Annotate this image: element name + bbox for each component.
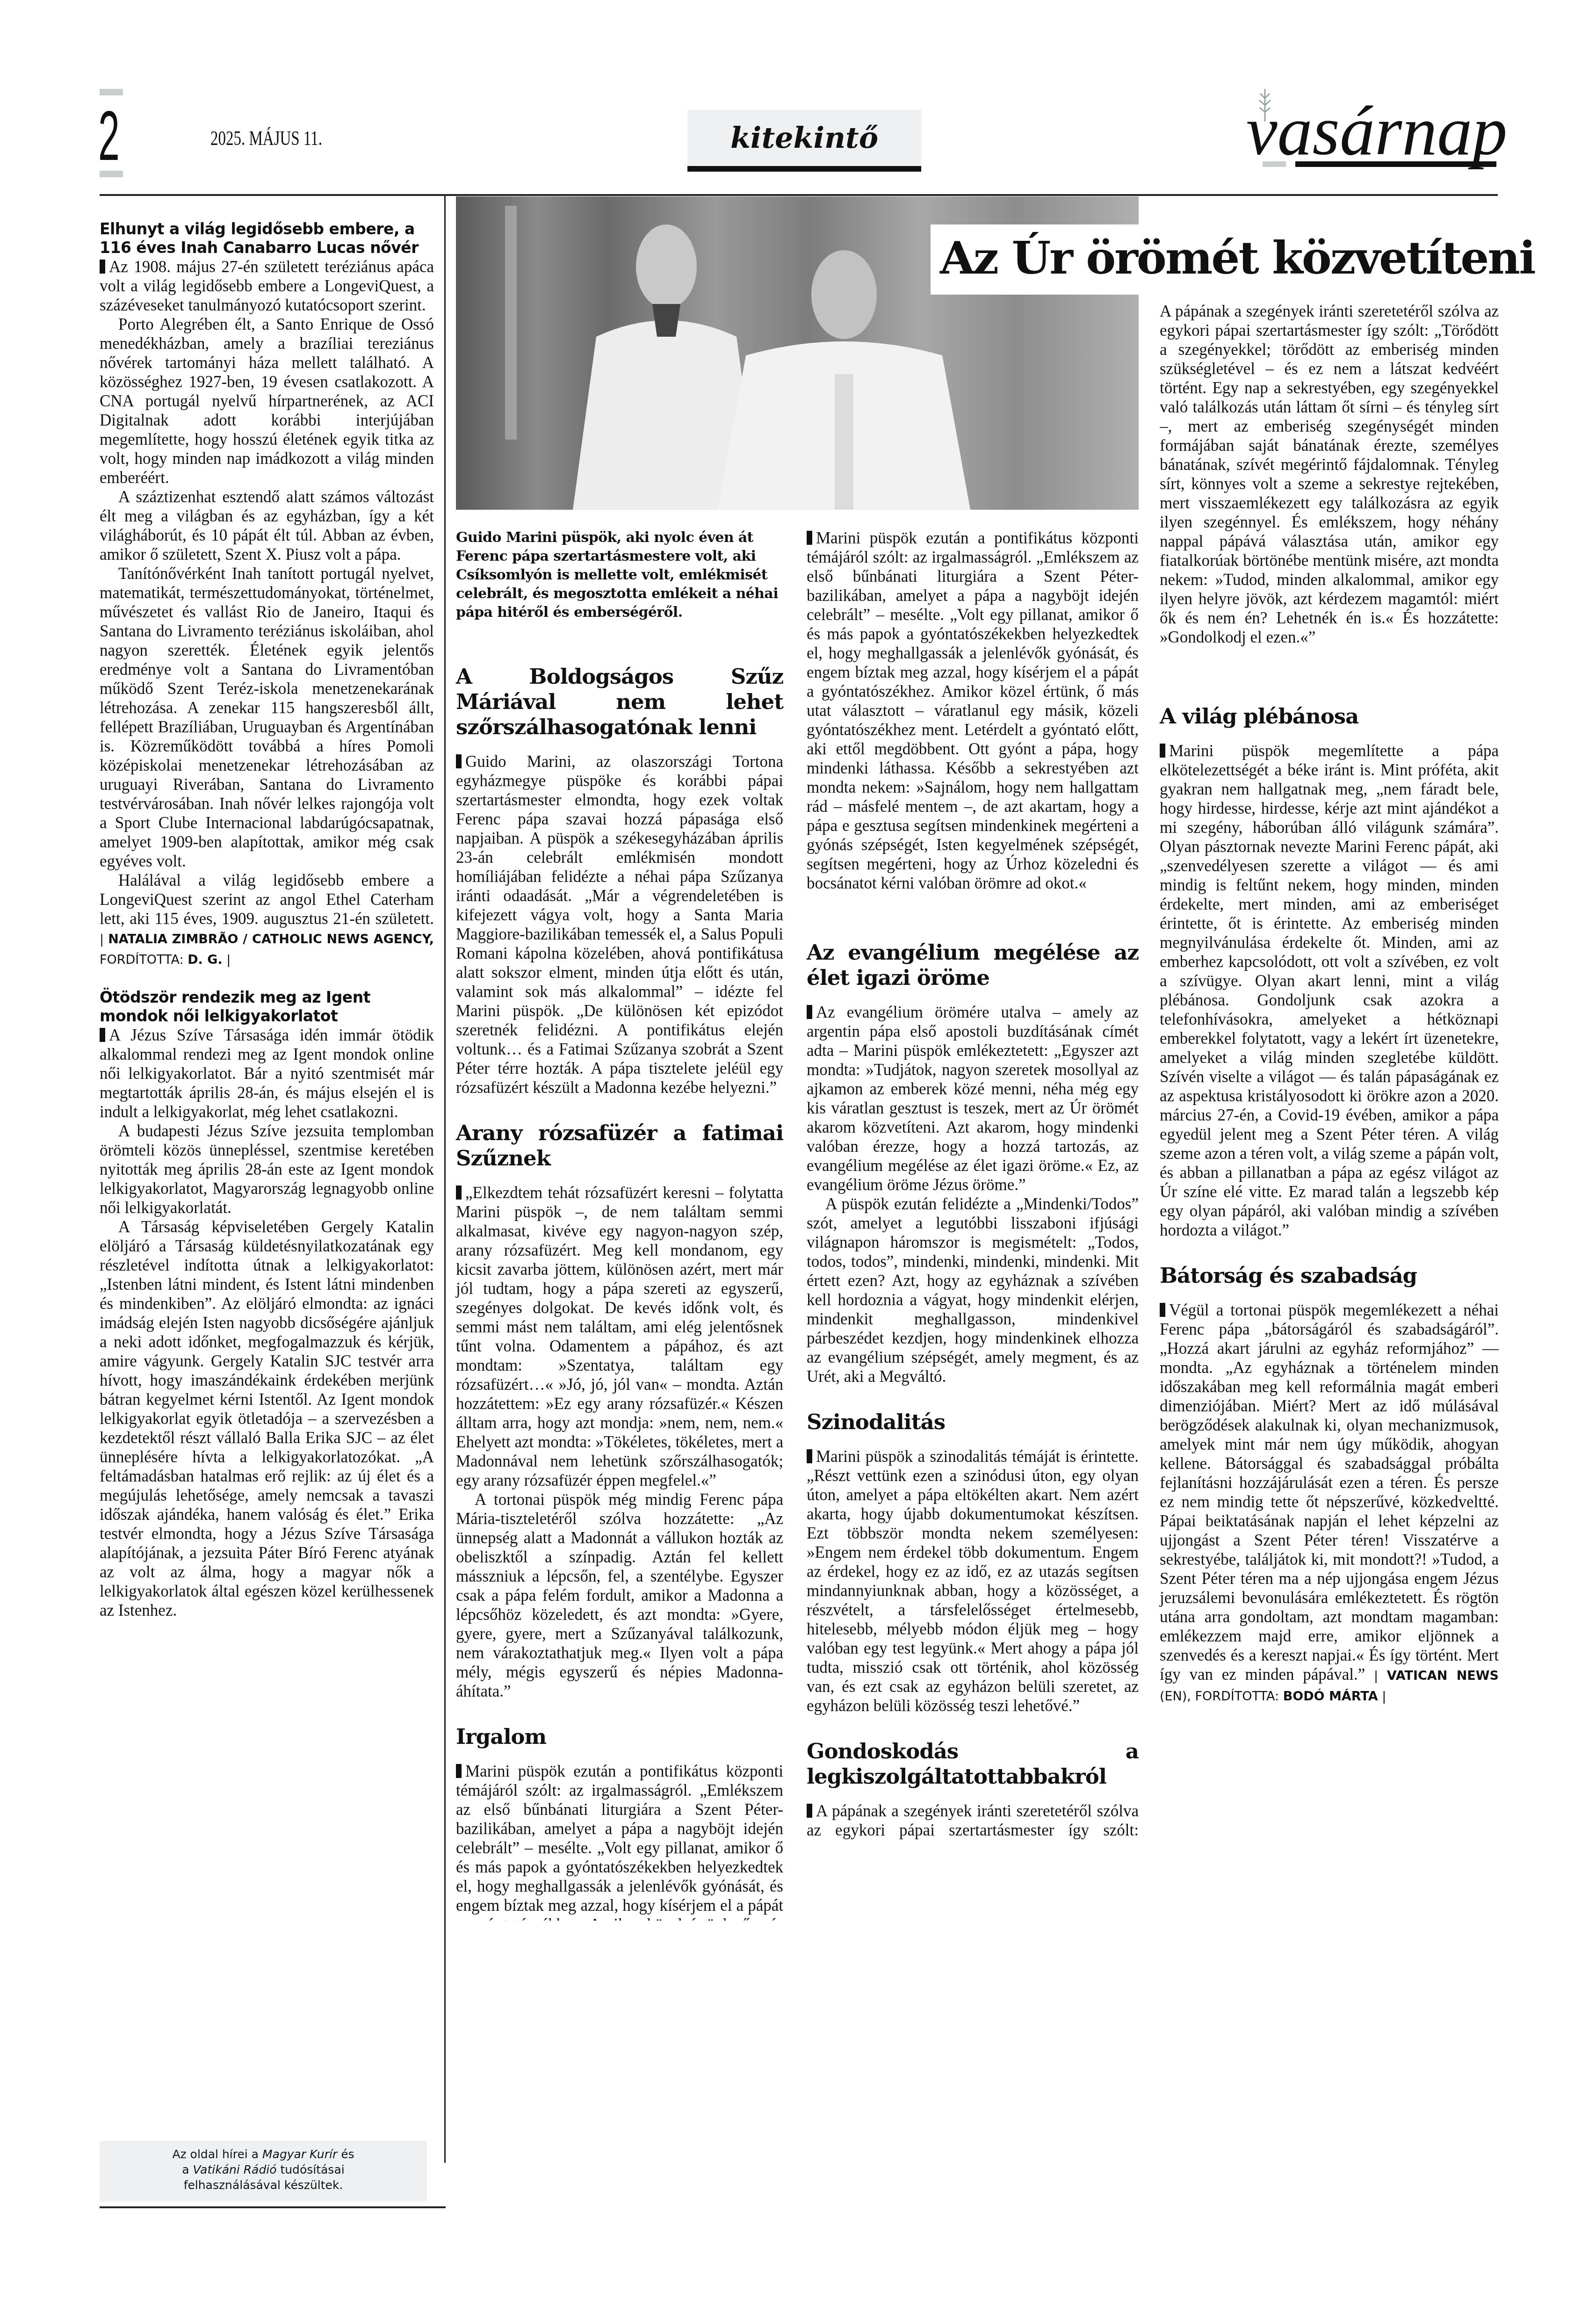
section-heading: Bátorság és szabadság: [1160, 1263, 1499, 1288]
article-paragraph: Guido Marini, az olaszországi Tortona eg…: [456, 752, 783, 1097]
sidebar-bottom-rule: [100, 2206, 446, 2208]
section-heading: A világ plébánosa: [1160, 704, 1499, 729]
article-paragraph: A tortonai püspök még mindig Ferenc pápa…: [456, 1490, 783, 1701]
article-paragraph: Végül a tortonai püspök megemlékezett a …: [1160, 1301, 1499, 1706]
photo-caption: Guido Marini püspök, aki nyolc éven át F…: [456, 528, 783, 622]
gondoskodas-continued: A pápának a szegények iránti szeretetérő…: [1160, 302, 1499, 676]
page-number-bar-bottom: [100, 171, 123, 177]
section-heading: Az evangélium megélése az élet igazi örö…: [807, 940, 1139, 990]
article-paragraph: Marini püspök a szinodalitás témáját is …: [807, 1447, 1139, 1715]
news-1-paragraph: Tanítónővérként Inah tanított portugál n…: [100, 564, 434, 871]
article-paragraph: A pápának a szegények iránti szeretetérő…: [807, 1801, 1139, 1840]
logo-underline: [1295, 161, 1496, 167]
article-paragraph: Marini püspök megemlítette a pápa elköte…: [1160, 741, 1499, 1240]
section-label-text: kitekintő: [687, 110, 921, 166]
page-number: 2: [98, 101, 120, 171]
page-number-bar-top: [100, 89, 123, 95]
article-column-4: A pápának a szegények iránti szeretetérő…: [1160, 302, 1499, 1706]
newspaper-logo: vasárnap: [1246, 96, 1507, 166]
section-label: kitekintő: [687, 110, 921, 172]
news-1-last-text: Halálával a világ legidősebb embere a Lo…: [100, 871, 434, 928]
column-divider: [444, 194, 446, 2163]
article-paragraph: A püspök ezután felidézte a „Mindenki/To…: [807, 1194, 1139, 1386]
logo-bar-square: [1263, 161, 1286, 167]
news-1-paragraph: Halálával a világ legidősebb embere a Lo…: [100, 871, 434, 969]
article-paragraph: „Elkezdtem tehát rózsafüzért keresni – f…: [456, 1183, 783, 1490]
news-2-paragraph: A budapesti Jézus Szíve jezsuita templom…: [100, 1121, 434, 1217]
section-heading: Gondoskodás a legkiszolgáltatottabbakról: [807, 1739, 1139, 1789]
section-heading: Arany rózsafüzér a fatimai Szűznek: [456, 1120, 783, 1171]
article-title: Az Úr örömét közvetíteni: [940, 230, 1535, 286]
issue-date: 2025. MÁJUS 11.: [210, 126, 322, 150]
article-column-2: A Boldogságos Szűz Máriával nem lehet sz…: [456, 664, 783, 1921]
news-1-paragraph: Porto Alegrében élt, a Santo Enrique de …: [100, 315, 434, 487]
article-column-3: Marini püspök ezután a pontifikátus közp…: [807, 528, 1139, 1840]
section-heading: A Boldogságos Szűz Máriával nem lehet sz…: [456, 664, 783, 740]
section-heading: Szinodalitás: [807, 1409, 1139, 1435]
source-note-box: Az oldal hírei a Magyar Kurír és a Vatik…: [100, 2141, 427, 2202]
article-paragraph: Az evangélium örömére utalva – amely az …: [807, 1003, 1139, 1194]
news-1-paragraph: Az 1908. május 27-én született teréziánu…: [100, 257, 434, 315]
section-heading: Irgalom: [456, 1724, 783, 1749]
news-1-paragraph: A száztizenhat esztendő alatt számos vál…: [100, 487, 434, 564]
news-1-credit: | NATALIA ZIMBRÃO / CATHOLIC NEWS AGENCY…: [100, 932, 434, 967]
article-paragraph: Marini püspök ezután a pontifikátus közp…: [456, 1762, 783, 1921]
irgalom-continued: Marini püspök ezután a pontifikátus közp…: [807, 528, 1139, 912]
news-headline-1: Elhunyt a világ legidősebb embere, a 116…: [100, 220, 434, 257]
news-2-paragraph: A Jézus Szíve Társasága idén immár ötödi…: [100, 1026, 434, 1121]
sidebar-news-column: Elhunyt a világ legidősebb embere, a 116…: [100, 220, 434, 1620]
news-headline-2: Ötödször rendezik meg az Igent mondok nő…: [100, 988, 434, 1026]
header-divider: [100, 194, 1498, 196]
news-2-paragraph: A Társaság képviseletében Gergely Katali…: [100, 1217, 434, 1620]
